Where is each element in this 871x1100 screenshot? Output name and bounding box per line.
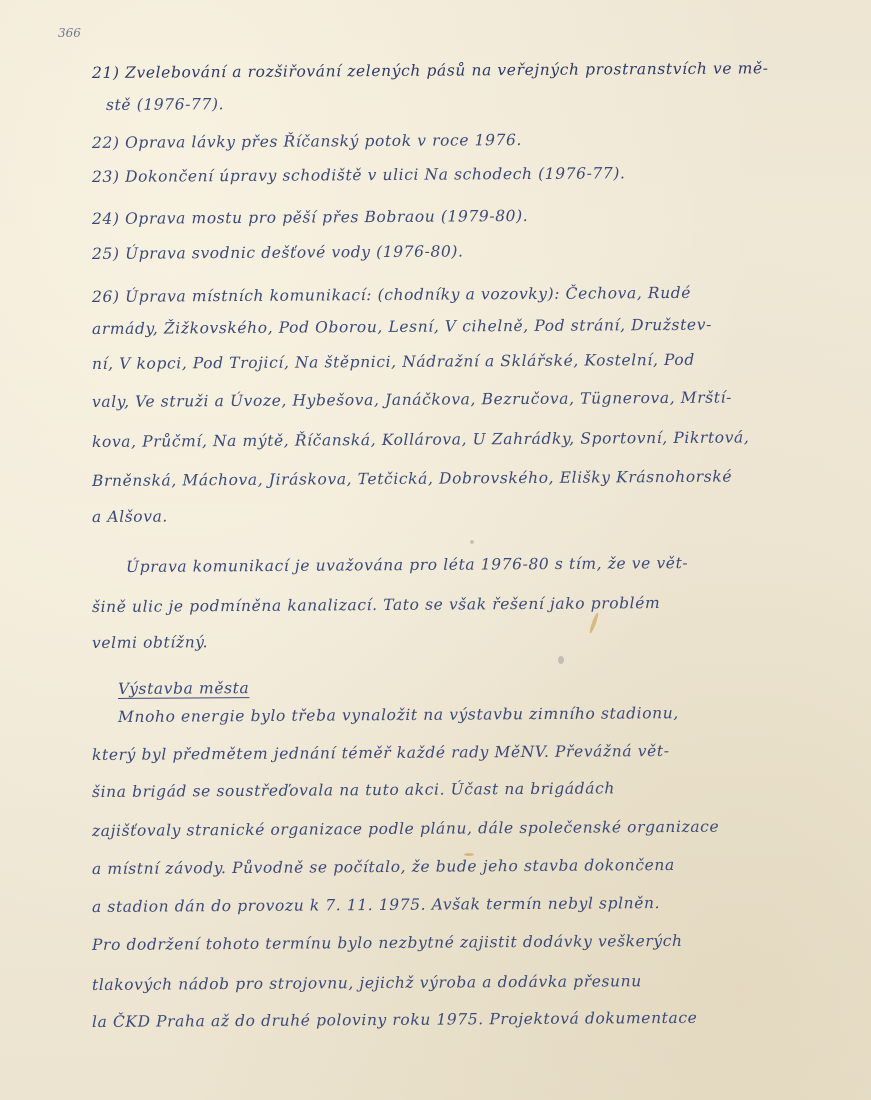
section-line-4: zajišťovaly stranické organizace podle p… (92, 820, 719, 840)
paper-smudge (470, 540, 474, 544)
ink-stain (588, 612, 599, 634)
list-item-26-line-1: 26) Úprava místních komunikací: (chodník… (92, 286, 691, 306)
list-item-23: 23) Dokončení úpravy schodiště v ulici N… (92, 166, 626, 185)
ink-stain (464, 853, 474, 856)
section-line-5: a místní závody. Původně se počítalo, že… (92, 858, 675, 878)
list-item-21-line-1: 21) Zvelebování a rozšiřování zelených p… (92, 61, 769, 81)
list-item-26-line-7: a Alšova. (92, 509, 168, 525)
list-item-21-line-2: stě (1976-77). (106, 97, 224, 113)
list-item-22: 22) Oprava lávky přes Říčanský potok v r… (92, 133, 522, 152)
section-line-7: Pro dodržení tohoto termínu bylo nezbytn… (92, 934, 683, 954)
list-item-26-line-5: kova, Průčmí, Na mýtě, Říčanská, Kolláro… (92, 430, 750, 450)
section-heading: Výstavba města (118, 681, 249, 697)
section-line-1: Mnoho energie bylo třeba vynaložit na vý… (118, 706, 679, 725)
page-number: 366 (58, 26, 81, 40)
roads-paragraph-line-1: Úprava komunikací je uvažována pro léta … (126, 556, 688, 575)
section-line-9: la ČKD Praha až do druhé poloviny roku 1… (92, 1011, 697, 1031)
list-item-26-line-3: ní, V kopci, Pod Trojicí, Na štěpnici, N… (92, 353, 695, 373)
section-line-8: tlakových nádob pro strojovnu, jejichž v… (92, 974, 642, 993)
list-item-26-line-4: valy, Ve struži a Úvoze, Hybešova, Janáč… (92, 391, 732, 411)
roads-paragraph-line-3: velmi obtížný. (92, 635, 208, 651)
list-item-26-line-6: Brněnská, Máchova, Jiráskova, Tetčická, … (92, 470, 732, 490)
list-item-25: 25) Úprava svodnic dešťové vody (1976-80… (92, 244, 464, 262)
section-line-2: který byl předmětem jednání téměř každé … (92, 744, 670, 764)
roads-paragraph-line-2: šině ulic je podmíněna kanalizací. Tato … (92, 596, 660, 615)
paper-smudge (558, 656, 564, 664)
list-item-24: 24) Oprava mostu pro pěší přes Bobraou (… (92, 209, 528, 228)
section-line-3: šina brigád se soustřeďovala na tuto akc… (92, 781, 615, 800)
list-item-26-line-2: armády, Žižkovského, Pod Oborou, Lesní, … (92, 318, 712, 338)
chronicle-page: 366 21) Zvelebování a rozšiřování zelený… (0, 0, 871, 1100)
section-line-6: a stadion dán do provozu k 7. 11. 1975. … (92, 896, 660, 915)
